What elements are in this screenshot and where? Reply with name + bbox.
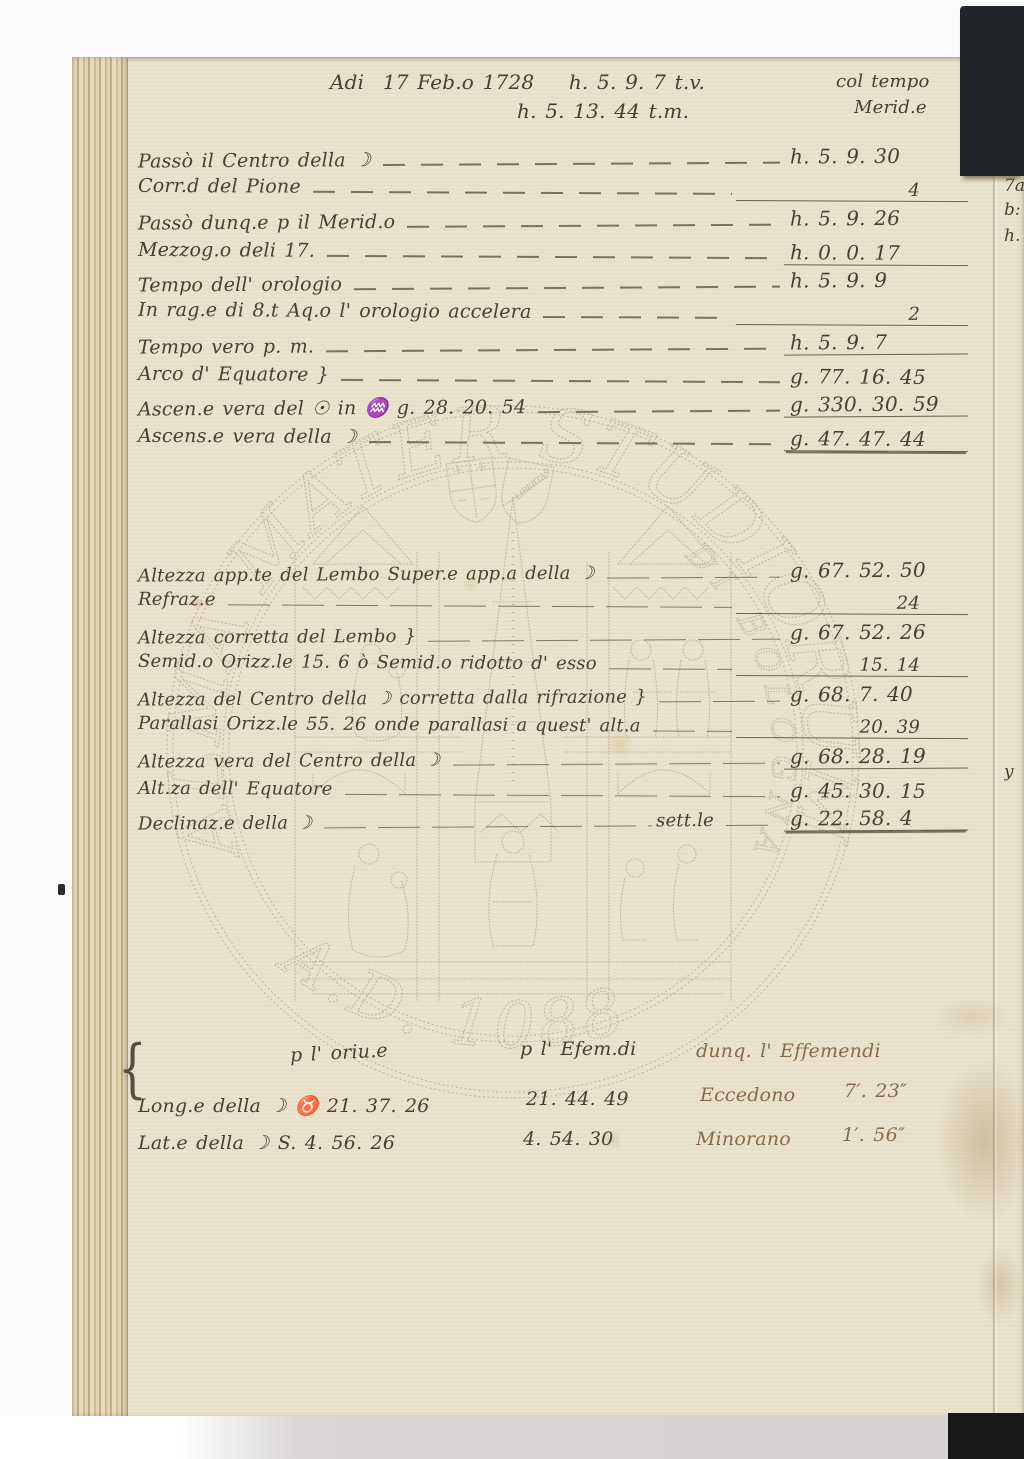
facing-page-fragment: h. [1004, 226, 1024, 246]
header-time-mean: h. 5. 13. 44 t.m. [517, 99, 689, 123]
dash-leader [452, 750, 780, 766]
row-label: Passò il Centro della ☽ [138, 149, 371, 172]
table-row: Alt.za dell' Equatoreg. 45. 30. 15 [138, 775, 968, 810]
scanner-background-top [0, 0, 1024, 57]
column-header-difference: dunq. l' Effemendi [696, 1040, 881, 1062]
table-row: In rag.e di 8.t Aq.o l' orologio acceler… [138, 299, 968, 334]
dash-leader [369, 429, 780, 445]
row-value: 15. 14 [736, 654, 968, 677]
altitude-reduction-table: Altezza app.te del Lembo Super.e app.a d… [138, 560, 968, 839]
row-label: Alt.za dell' Equatore [138, 778, 333, 800]
row-value: h. 5. 9. 30 [784, 143, 968, 168]
row-label: Altezza app.te del Lembo Super.e app.a d… [138, 563, 595, 587]
longitude-ephemeris-value: 21. 44. 49 [526, 1088, 629, 1110]
table-row: Parallasi Orizz.le 55. 26 onde parallasi… [138, 713, 968, 748]
table-row: Tempo vero p. m.h. 5. 9. 7 [138, 329, 968, 365]
dash-leader [653, 718, 732, 732]
table-row: Refraz.e24 [138, 589, 968, 624]
table-row: Passò dunq.e p il Merid.oh. 5. 9. 26 [138, 205, 968, 241]
row-label: Altezza del Centro della ☽ corretta dall… [138, 686, 647, 710]
dash-leader [228, 591, 732, 608]
table-row: Ascens.e vera della ☽g. 47. 47. 44 [138, 423, 968, 458]
row-value: g. 22. 58. 4 [784, 805, 968, 831]
row-label: Refraz.e [138, 589, 216, 610]
dash-leader [324, 812, 652, 828]
row-label: Altezza vera del Centro della ☽ [138, 750, 441, 773]
row-value: g. 68. 7. 40 [784, 681, 968, 706]
book-page-edges [72, 57, 128, 1416]
header-right-line1: col tempo [836, 71, 930, 92]
row-label: Ascen.e vera del ☉ in ♒ g. 28. 20. 54 [138, 395, 526, 420]
manuscript-scan: ALMA MATER STUDIORUM A.D. 1088 DI BOLOGN… [0, 0, 1024, 1459]
row-label: Parallasi Orizz.le 55. 26 onde parallasi… [138, 713, 641, 737]
row-value: g. 47. 47. 44 [784, 426, 968, 452]
dash-leader [428, 626, 780, 642]
table-row: Corr.d del Pione4 [138, 175, 968, 210]
row-value: g. 77. 16. 45 [784, 364, 968, 389]
column-header-ephemeris: p l' Efem.di [520, 1038, 636, 1060]
table-row: Declinaz.e della ☽sett.leg. 22. 58. 4 [138, 805, 968, 841]
latitude-diff-value: 1′. 56″ [842, 1124, 905, 1146]
header-right-line2: Merid.e [854, 97, 927, 118]
dash-leader [313, 179, 732, 195]
scanner-background-left [0, 0, 72, 1459]
book-cover-bottom-right [948, 1413, 1024, 1459]
table-row: Ascen.e vera del ☉ in ♒ g. 28. 20. 54g. … [138, 391, 968, 427]
dash-leader [345, 781, 781, 797]
row-value: h. 0. 0. 17 [784, 240, 968, 266]
row-value: 2 [736, 303, 968, 326]
row-value: g. 68. 28. 19 [784, 743, 968, 769]
row-value: 24 [736, 592, 968, 615]
table-row: Passò il Centro della ☽h. 5. 9. 30 [138, 143, 968, 179]
facing-page-fragment: y [1004, 762, 1024, 782]
row-value: g. 45. 30. 15 [784, 778, 968, 803]
row-value: g. 330. 30. 59 [784, 391, 968, 417]
facing-page-fragment: b: [1004, 200, 1024, 220]
row-label: In rag.e di 8.t Aq.o l' orologio acceler… [138, 299, 532, 323]
dash-leader [543, 304, 732, 319]
row-mid-note: sett.le [656, 810, 714, 831]
row-value: h. 5. 9. 26 [784, 205, 968, 230]
row-value: g. 67. 52. 50 [784, 557, 968, 582]
dash-leader [659, 688, 780, 703]
latitude-ephemeris-value: 4. 54. 30 [523, 1128, 613, 1150]
row-label: Tempo dell' orologio [138, 273, 342, 296]
facing-page-fragment: 7a [1004, 176, 1024, 196]
table-row: Tempo dell' orologioh. 5. 9. 9 [138, 267, 968, 303]
row-label: Passò dunq.e p il Merid.o [138, 211, 395, 235]
page-fold-crease [992, 57, 997, 1416]
dash-leader [327, 243, 780, 259]
table-row: Mezzog.o deli 17.h. 0. 0. 17 [138, 237, 968, 272]
column-header-clock: p l' oriu.e [289, 1039, 388, 1066]
row-label: Arco d' Equatore } [138, 363, 329, 386]
dash-leader [726, 812, 780, 826]
dash-leader [538, 398, 780, 413]
transit-time-table: Passò il Centro della ☽h. 5. 9. 30 Corr.… [138, 146, 968, 456]
ephemeris-comparison-block: p l' oriu.e p l' Efem.di dunq. l' Effeme… [138, 1036, 978, 1176]
row-value: g. 67. 52. 26 [784, 619, 968, 644]
longitude-diff-word: Eccedono [700, 1084, 795, 1106]
dash-leader [607, 564, 780, 579]
header-date: 17 Feb.o 1728 [383, 70, 534, 94]
latitude-diff-word: Minorano [696, 1128, 791, 1150]
table-row: Altezza del Centro della ☽ corretta dall… [138, 681, 968, 717]
longitude-row-label: Long.e della ☽ ♉ 21. 37. 26 [138, 1094, 430, 1117]
table-row: Arco d' Equatore }g. 77. 16. 45 [138, 361, 968, 396]
longitude-diff-value: 7′. 23″ [844, 1080, 907, 1102]
row-label: Corr.d del Pione [138, 175, 301, 198]
dash-leader [326, 336, 780, 353]
header-opening: Adi [330, 70, 364, 94]
dash-leader [609, 655, 732, 670]
row-label: Altezza corretta del Lembo } [138, 626, 416, 649]
table-row: Altezza vera del Centro della ☽g. 68. 28… [138, 743, 968, 779]
header-time-apparent: h. 5. 9. 7 t.v. [569, 70, 705, 94]
row-label: Ascens.e vera della ☽ [138, 425, 357, 448]
dash-leader [407, 212, 780, 228]
header-date-line: Adi 17 Feb.o 1728 h. 5. 9. 7 t.v. [330, 70, 705, 94]
dash-leader [341, 367, 780, 383]
table-row: Altezza corretta del Lembo }g. 67. 52. 2… [138, 619, 968, 655]
dash-leader [383, 150, 780, 166]
row-value: h. 5. 9. 9 [784, 267, 968, 292]
scan-speck [58, 884, 65, 895]
row-value: 20. 39 [736, 716, 968, 739]
row-label: Semid.o Orizz.le 15. 6 ò Semid.o ridotto… [138, 651, 597, 674]
scanner-background-bottom [0, 1416, 948, 1459]
table-row: Semid.o Orizz.le 15. 6 ò Semid.o ridotto… [138, 651, 968, 686]
row-label: Tempo vero p. m. [138, 335, 314, 358]
row-label: Declinaz.e della ☽ [138, 812, 313, 834]
book-cover-top-right [960, 6, 1024, 176]
row-label: Mezzog.o deli 17. [138, 239, 315, 262]
row-value: 4 [736, 179, 968, 202]
latitude-row-label: Lat.e della ☽ S. 4. 56. 26 [138, 1132, 395, 1154]
dash-leader [354, 274, 780, 291]
table-row: Altezza app.te del Lembo Super.e app.a d… [138, 557, 968, 593]
row-value: h. 5. 9. 7 [784, 329, 968, 355]
